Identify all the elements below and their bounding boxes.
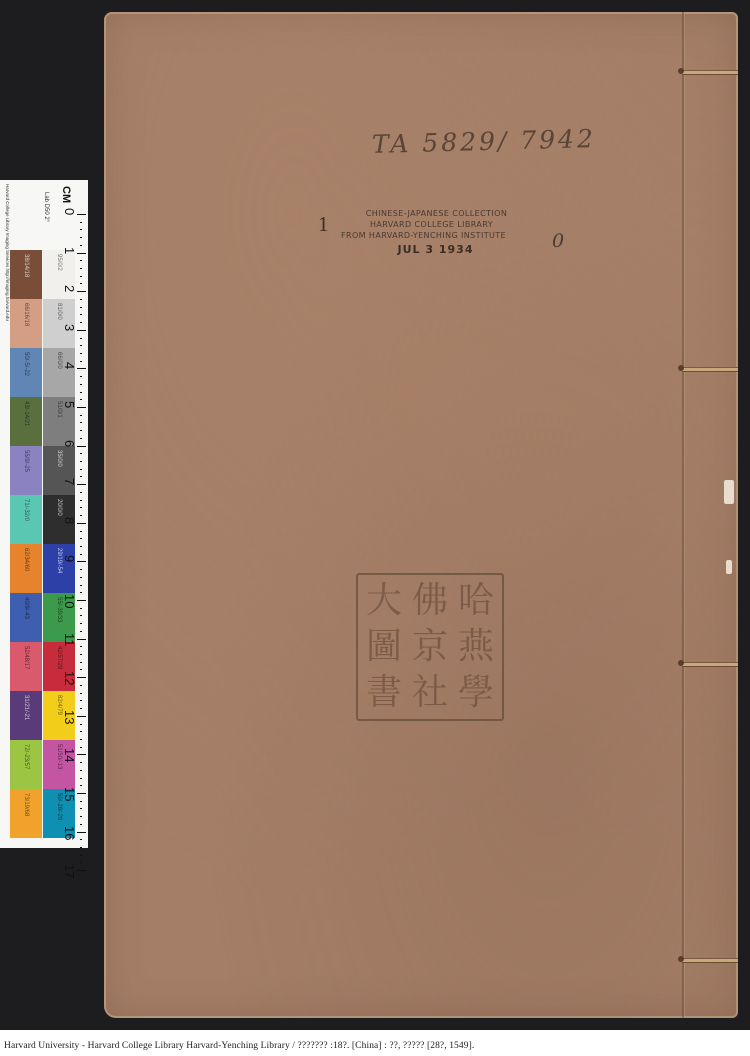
binding-stitch bbox=[682, 958, 738, 963]
color-patch-label: 66/16/18 bbox=[23, 303, 29, 326]
ruler-tick bbox=[80, 384, 82, 385]
page-marker-left: 1 bbox=[318, 212, 329, 237]
ruler-tick bbox=[80, 237, 82, 238]
color-patch: 66/16/18 bbox=[10, 299, 42, 348]
ruler-tick bbox=[80, 700, 82, 701]
ruler-tick bbox=[77, 407, 86, 408]
color-patch: 52/48/17 bbox=[10, 642, 42, 691]
ruler-tick bbox=[77, 639, 86, 640]
ruler-tick bbox=[80, 461, 82, 462]
color-patch-label: 52/48/17 bbox=[23, 646, 29, 669]
ruler-tick bbox=[77, 793, 86, 794]
ruler-number: 9 bbox=[62, 555, 77, 562]
ruler-number: 7 bbox=[62, 478, 77, 485]
ruler-tick bbox=[80, 816, 82, 817]
ruler-tick bbox=[77, 716, 86, 717]
ruler-number: 12 bbox=[62, 671, 77, 685]
ruler-tick bbox=[80, 422, 82, 423]
ruler-tick bbox=[80, 430, 82, 431]
ruler-tick bbox=[80, 500, 82, 501]
stamp-line-3: FROM HARVARD-YENCHING INSTITUTE bbox=[328, 230, 519, 241]
seal-character: 學 bbox=[454, 671, 498, 715]
ruler-unit-label: CM bbox=[60, 186, 72, 203]
ruler-tick bbox=[80, 847, 82, 848]
ruler-tick bbox=[80, 438, 82, 439]
seal-character: 哈 bbox=[454, 579, 498, 623]
color-patch: 62/34/60 bbox=[10, 544, 42, 593]
ruler-tick bbox=[80, 415, 82, 416]
ruler-number: 0 bbox=[62, 208, 77, 215]
ruler-tick bbox=[80, 770, 82, 771]
ruler-tick bbox=[80, 554, 82, 555]
ruler-tick bbox=[77, 677, 86, 678]
stitch-hole bbox=[678, 660, 684, 666]
ruler-tick bbox=[80, 623, 82, 624]
ruler-tick bbox=[80, 669, 82, 670]
ruler-tick bbox=[80, 839, 82, 840]
color-patch-label: 40/9/-43 bbox=[23, 597, 29, 619]
ruler-tick bbox=[80, 276, 82, 277]
ruler-tick bbox=[77, 214, 86, 215]
ruler-number: 2 bbox=[62, 285, 77, 292]
ruler-tick bbox=[80, 546, 82, 547]
color-patch: 38/14/18 bbox=[10, 250, 42, 299]
ruler-tick bbox=[80, 708, 82, 709]
ruler-tick bbox=[80, 631, 82, 632]
ruler-tick bbox=[77, 446, 86, 447]
ruler-tick bbox=[77, 832, 86, 833]
ruler-number: 1 bbox=[62, 247, 77, 254]
seal-character: 書 bbox=[362, 671, 406, 715]
ruler-tick bbox=[80, 376, 82, 377]
seal-character: 社 bbox=[408, 671, 452, 715]
color-patch-label: 73/19/68 bbox=[23, 793, 29, 816]
seal-character: 圖 bbox=[362, 625, 406, 669]
color-patch: 50/-5/-22 bbox=[10, 348, 42, 397]
ruler-tick bbox=[77, 523, 86, 524]
color-patch: 31/21/-21 bbox=[10, 691, 42, 740]
ruler-tick bbox=[80, 399, 82, 400]
ruler-tick bbox=[80, 615, 82, 616]
ruler-number: 5 bbox=[62, 401, 77, 408]
ruler-tick bbox=[80, 538, 82, 539]
ruler-tick bbox=[80, 507, 82, 508]
ruler-number: 10 bbox=[62, 594, 77, 608]
ruler-number: 6 bbox=[62, 440, 77, 447]
color-calibration-target: Harvard College Library Imaging Services… bbox=[0, 180, 88, 848]
seal-character: 京 bbox=[408, 625, 452, 669]
ruler-tick bbox=[80, 608, 82, 609]
ruler-tick bbox=[80, 245, 82, 246]
color-patch-label: 71/-32/0 bbox=[23, 499, 29, 521]
color-patch-label: 43/-14/21 bbox=[23, 401, 29, 426]
ruler-tick bbox=[77, 870, 86, 871]
ruler-number: 3 bbox=[62, 324, 77, 331]
ruler-number: 11 bbox=[62, 633, 77, 647]
ruler-tick bbox=[80, 283, 82, 284]
ruler-tick bbox=[80, 724, 82, 725]
stitch-hole bbox=[678, 956, 684, 962]
ruler-tick bbox=[80, 824, 82, 825]
binding-stitch bbox=[682, 367, 738, 372]
ruler-tick bbox=[80, 476, 82, 477]
ruler-tick bbox=[80, 345, 82, 346]
ruler-number: 16 bbox=[62, 826, 77, 840]
cover-tear bbox=[726, 560, 732, 574]
ruler-number: 17 bbox=[62, 864, 77, 878]
ruler-tick bbox=[80, 808, 82, 809]
stitch-hole bbox=[678, 68, 684, 74]
ruler-tick bbox=[80, 469, 82, 470]
stamp-date: JUL 3 1934 bbox=[352, 243, 519, 256]
cm-ruler: CM Lab D50 2° 01234567891011121314151617 bbox=[60, 180, 88, 848]
ruler-number: 8 bbox=[62, 517, 77, 524]
ruler-tick bbox=[80, 685, 82, 686]
color-patch: 73/19/68 bbox=[10, 789, 42, 838]
ruler-tick bbox=[77, 330, 86, 331]
cover-tear bbox=[724, 480, 734, 504]
spine-fold bbox=[682, 12, 684, 1018]
ruler-tick bbox=[80, 762, 82, 763]
ruler-tick bbox=[80, 392, 82, 393]
square-seal-impression: 大佛哈圖京燕書社學 bbox=[356, 573, 504, 721]
ruler-tick bbox=[80, 862, 82, 863]
color-patch: 43/-14/21 bbox=[10, 397, 42, 446]
color-patch: 72/-23/57 bbox=[10, 740, 42, 789]
lab-label: Lab D50 2° bbox=[43, 192, 49, 222]
ruler-tick bbox=[80, 268, 82, 269]
ruler-tick bbox=[80, 353, 82, 354]
color-patch-label: 38/14/18 bbox=[23, 254, 29, 277]
color-patch-label: 55/9/-25 bbox=[23, 450, 29, 472]
ruler-tick bbox=[77, 754, 86, 755]
ruler-tick bbox=[80, 322, 82, 323]
ruler-tick bbox=[80, 299, 82, 300]
ruler-tick bbox=[80, 693, 82, 694]
ruler-tick bbox=[80, 577, 82, 578]
page-marker-right: 0 bbox=[552, 230, 564, 252]
seal-character: 佛 bbox=[408, 579, 452, 623]
library-accession-stamp: CHINESE-JAPANESE COLLECTION HARVARD COLL… bbox=[344, 208, 519, 256]
ruler-number: 14 bbox=[62, 748, 77, 762]
ruler-tick bbox=[80, 314, 82, 315]
ruler-tick bbox=[80, 453, 82, 454]
color-patch-label: 31/21/-21 bbox=[23, 695, 29, 720]
ruler-tick bbox=[80, 361, 82, 362]
seal-character: 燕 bbox=[454, 625, 498, 669]
ruler-tick bbox=[77, 600, 86, 601]
ruler-tick bbox=[77, 253, 86, 254]
color-patch: 55/9/-25 bbox=[10, 446, 42, 495]
handwritten-call-number: TA 5829/ 7942 bbox=[372, 124, 597, 159]
ruler-tick bbox=[80, 778, 82, 779]
ruler-tick bbox=[80, 662, 82, 663]
color-patch-label: 72/-23/57 bbox=[23, 744, 29, 769]
ruler-tick bbox=[80, 222, 82, 223]
ruler-tick bbox=[80, 515, 82, 516]
ruler-tick bbox=[80, 531, 82, 532]
ruler-tick bbox=[80, 585, 82, 586]
color-patch: 71/-32/0 bbox=[10, 495, 42, 544]
ruler-tick bbox=[80, 569, 82, 570]
seal-character: 大 bbox=[362, 579, 406, 623]
color-patch: 40/9/-43 bbox=[10, 593, 42, 642]
stitch-hole bbox=[678, 365, 684, 371]
ruler-tick bbox=[80, 739, 82, 740]
stamp-line-1: CHINESE-JAPANESE COLLECTION bbox=[354, 208, 519, 219]
stamp-line-2: HARVARD COLLEGE LIBRARY bbox=[344, 219, 519, 230]
ruler-number: 15 bbox=[62, 787, 77, 801]
ruler-tick bbox=[80, 801, 82, 802]
ruler-tick bbox=[77, 291, 86, 292]
ruler-tick bbox=[77, 368, 86, 369]
ruler-number: 13 bbox=[62, 710, 77, 724]
ruler-tick bbox=[80, 747, 82, 748]
ruler-tick bbox=[80, 646, 82, 647]
ruler-tick bbox=[80, 731, 82, 732]
ruler-tick bbox=[80, 654, 82, 655]
ruler-tick bbox=[80, 855, 82, 856]
color-patch-label: 50/-5/-22 bbox=[23, 352, 29, 376]
ruler-number: 4 bbox=[62, 362, 77, 369]
book-cover: TA 5829/ 7942 1 0 CHINESE-JAPANESE COLLE… bbox=[104, 12, 738, 1018]
ruler-tick bbox=[80, 492, 82, 493]
ruler-tick bbox=[77, 484, 86, 485]
ruler-tick bbox=[80, 307, 82, 308]
ruler-tick bbox=[77, 561, 86, 562]
ruler-tick bbox=[80, 229, 82, 230]
ruler-tick bbox=[80, 785, 82, 786]
binding-stitch bbox=[682, 70, 738, 75]
ruler-tick bbox=[80, 260, 82, 261]
color-patch-label: 62/34/60 bbox=[23, 548, 29, 571]
target-credit: Harvard College Library Imaging Services… bbox=[2, 184, 10, 484]
binding-stitch bbox=[682, 662, 738, 667]
ruler-tick bbox=[80, 338, 82, 339]
ruler-tick bbox=[80, 592, 82, 593]
catalog-caption: Harvard University - Harvard College Lib… bbox=[4, 1041, 474, 1051]
